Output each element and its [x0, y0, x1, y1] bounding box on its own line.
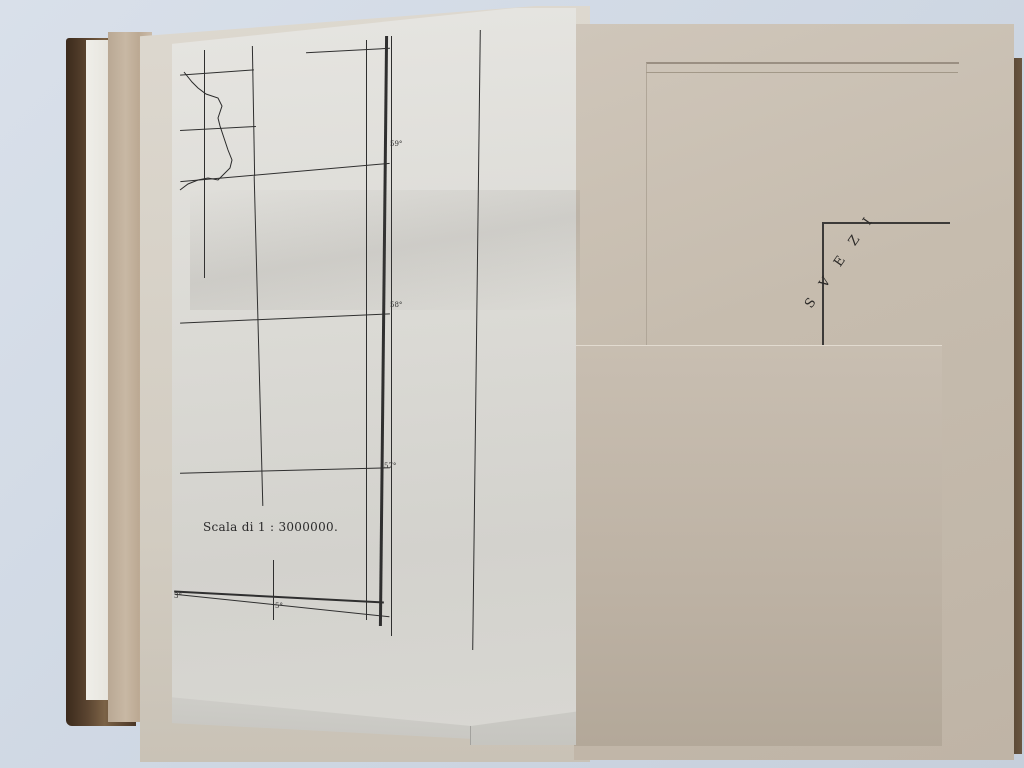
right-page-frame-line	[646, 72, 958, 73]
right-page-fold	[574, 346, 942, 746]
coastline-icon	[178, 70, 248, 200]
longitude-label: 3°	[174, 592, 182, 600]
grid-line	[273, 560, 274, 620]
latitude-label: 57°	[384, 462, 396, 470]
map-scale-text: Scala di 1 : 3000000.	[203, 520, 338, 534]
longitude-label: 5°	[275, 602, 283, 610]
latitude-label: 59°	[390, 140, 402, 148]
grid-line	[366, 40, 367, 620]
map-border	[391, 36, 392, 636]
latitude-label: 58°	[390, 301, 402, 309]
shadow	[190, 190, 580, 310]
